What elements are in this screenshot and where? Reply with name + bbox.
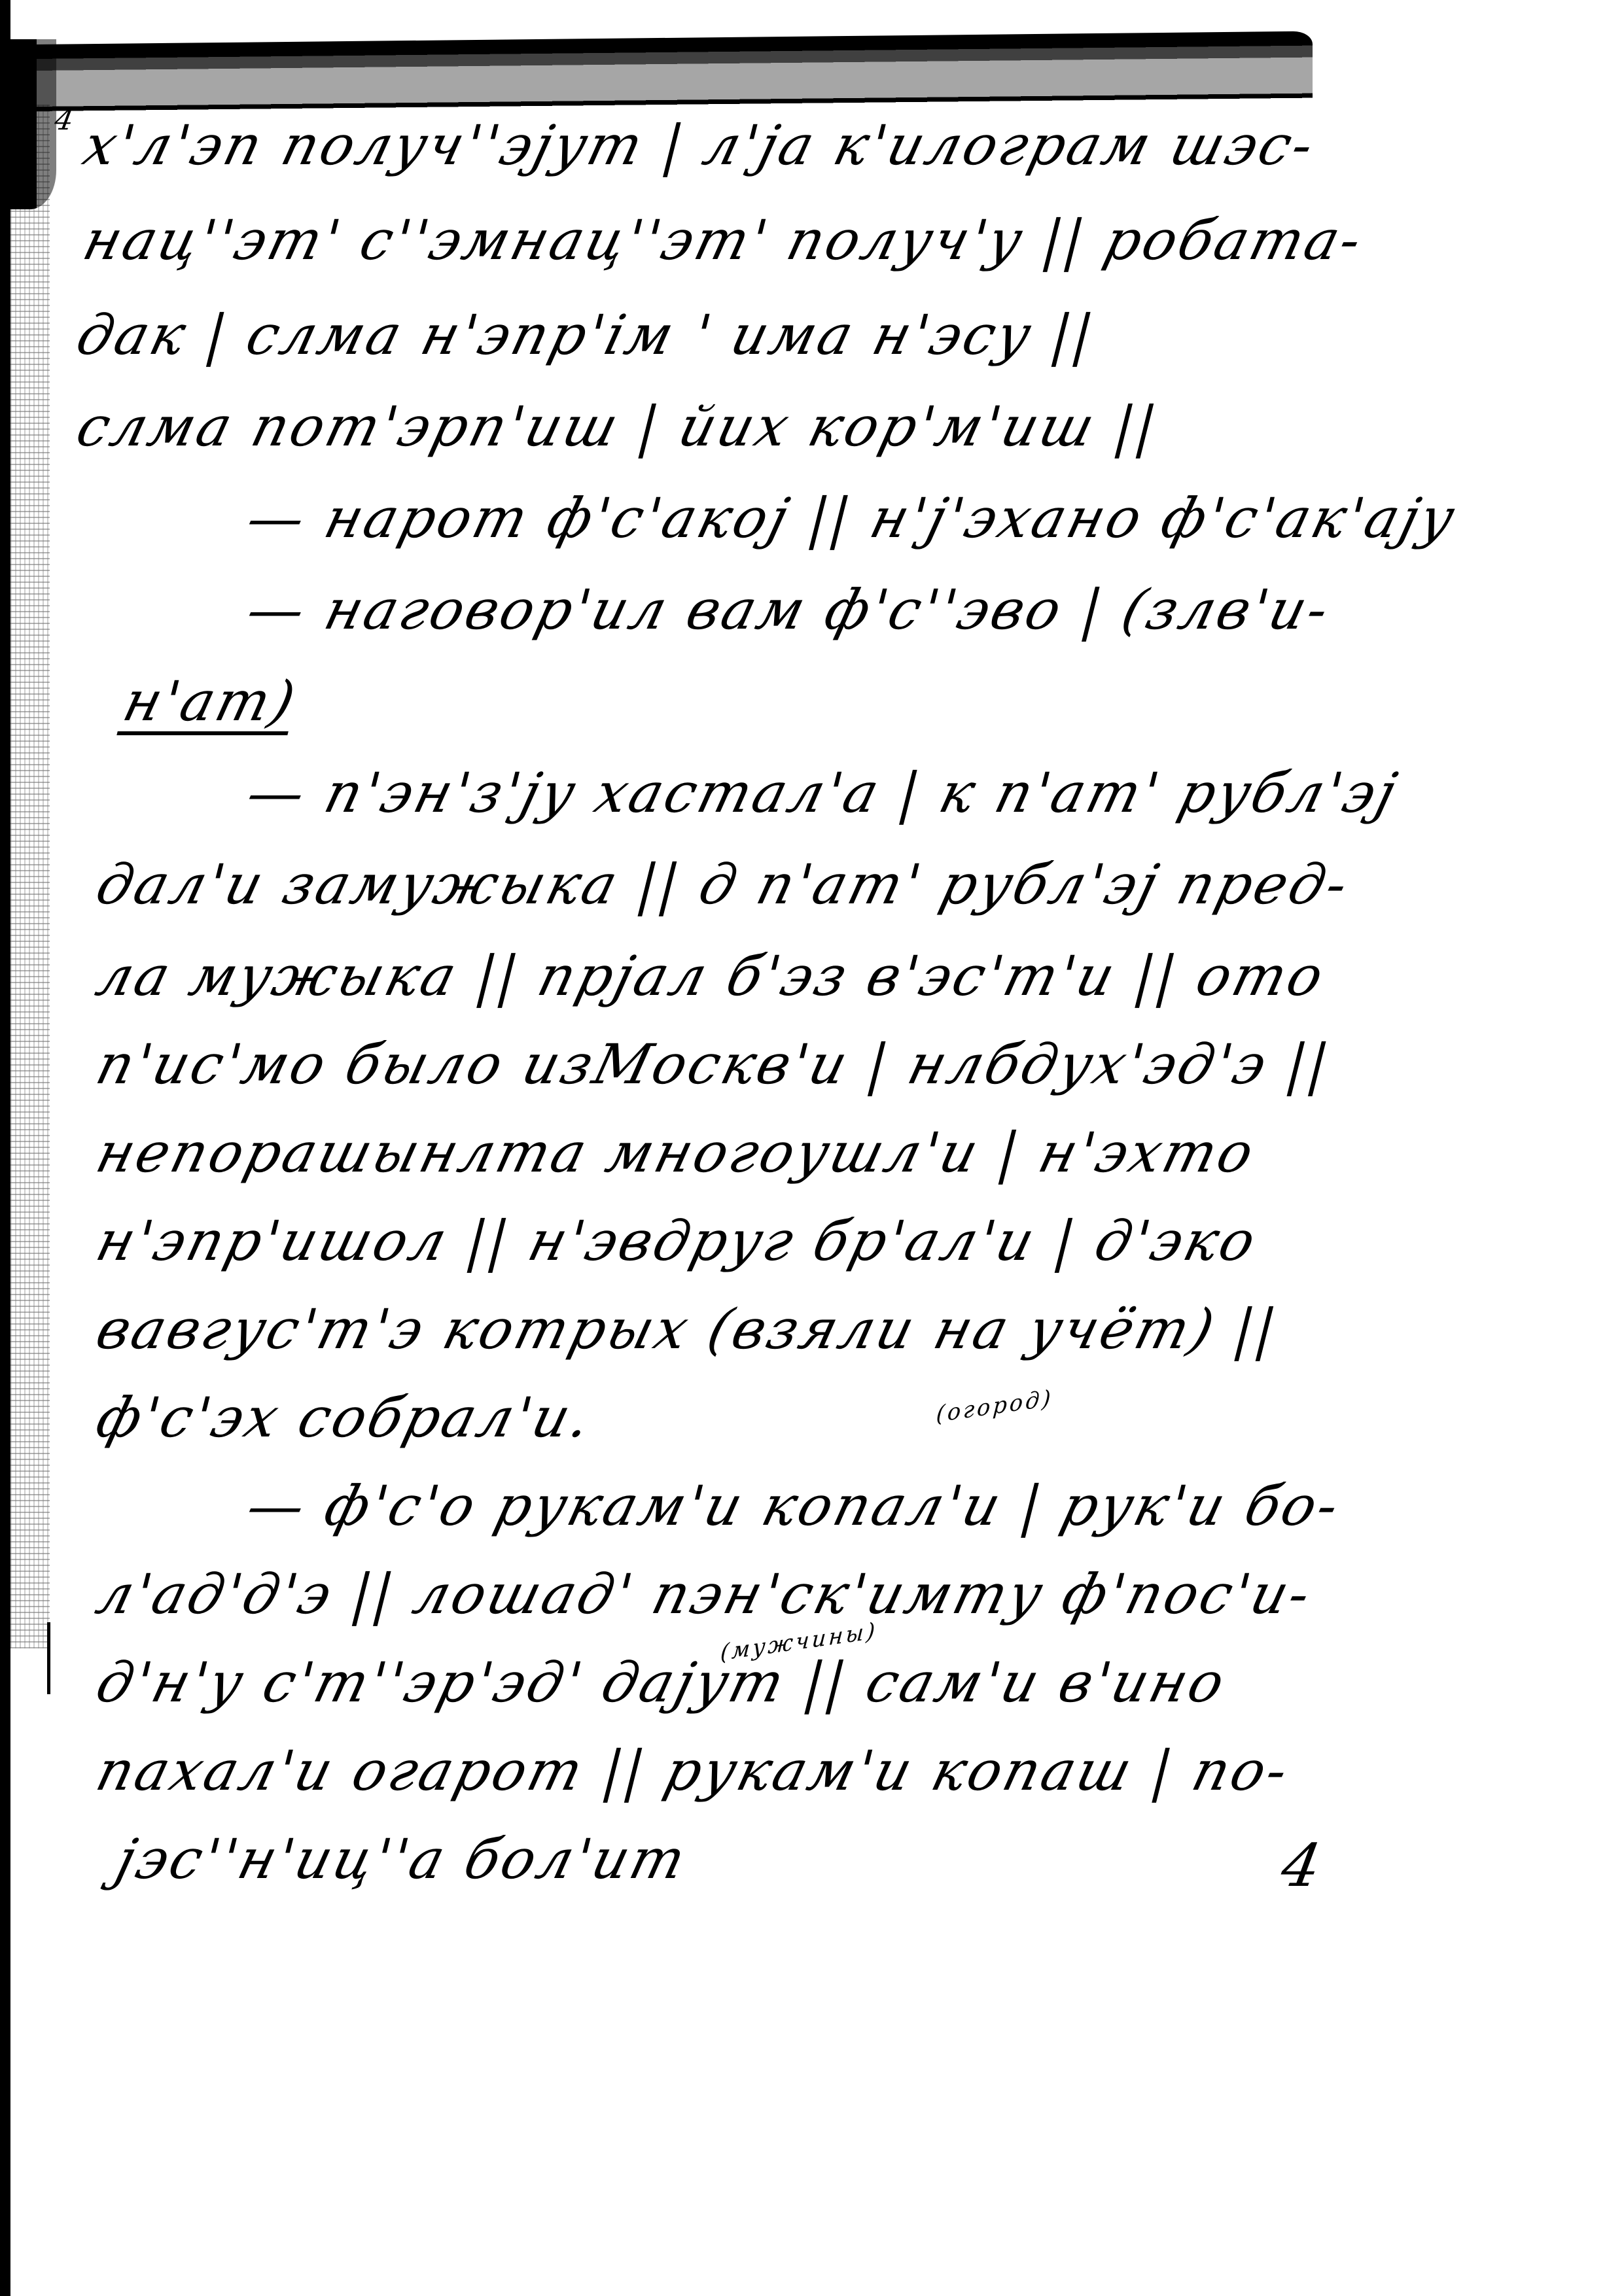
text-line-18: д'н'у с'т''эр'эд' дајут || сам'и в'ино [92,1655,1232,1710]
text-line-6: — наговор'ил вам ф'с''эво | (злв'и- [242,582,1337,637]
text-line-19: пахал'и огарот || рукам'и копаш | по- [92,1743,1296,1798]
text-line-3: дак | слма н'эпр'ім ' има н'эсу || [72,307,1102,362]
text-line-1: х'л'эп получ''эјут | л'ја к'илограм шэс- [79,118,1322,173]
text-line-16: — ф'с'о рукам'и копал'и | рук'и бо- [242,1478,1347,1533]
text-line-20: јэс''н'иц''а бол'ит [111,1832,694,1887]
text-line-12: непорашынлта многоушл'и | н'эхто [92,1125,1262,1180]
text-line-5: — нарот ф'с'акој || н'ј'эхано ф'с'ак'ају [242,491,1462,546]
text-line-10: ла мужыка || прјал б'эз в'эс'т'и || ото [92,948,1332,1003]
page-number: 4 [1277,1832,1326,1900]
binding-shadow-noise [10,105,50,1648]
text-line-13: н'эпр'ишол || н'эвдруг бр'ал'и | д'эко [92,1213,1263,1268]
page-binding-edge [0,0,10,2296]
binding-mark [47,1622,50,1694]
text-line-9: дал'и замужыка || д п'ат' рубл'эј пред- [92,857,1356,912]
text-line-4: слма пот'эрп'иш | йих кор'м'иш || [72,399,1165,454]
text-line-8: — п'эн'з'ју хастал'а | к п'ат' рубл'эј [242,765,1404,820]
scanned-manuscript-page: 4 х'л'эп получ''эјут | л'ја к'илограм шэ… [0,0,1607,2296]
text-line-15: ф'с'эх собрал'и. [92,1390,599,1445]
text-line-2: нац''эт' с''эмнац''эт' получ'у || робата… [79,213,1369,268]
torn-top-edge [10,31,1313,117]
top-left-corner-shadow [10,39,56,209]
text-line-7: н'ат) [116,674,302,735]
text-line-14: вавгус'т'э котрых (взяли на учёт) || [92,1302,1284,1357]
text-line-11: п'ис'мо было изМоскв'и | нлбдух'эд'э || [92,1037,1337,1092]
annotation-above-line: (огород) [935,1385,1054,1428]
text-line-17: л'ад'д'э || лошад' пэн'ск'имту ф'пос'и- [92,1567,1318,1622]
